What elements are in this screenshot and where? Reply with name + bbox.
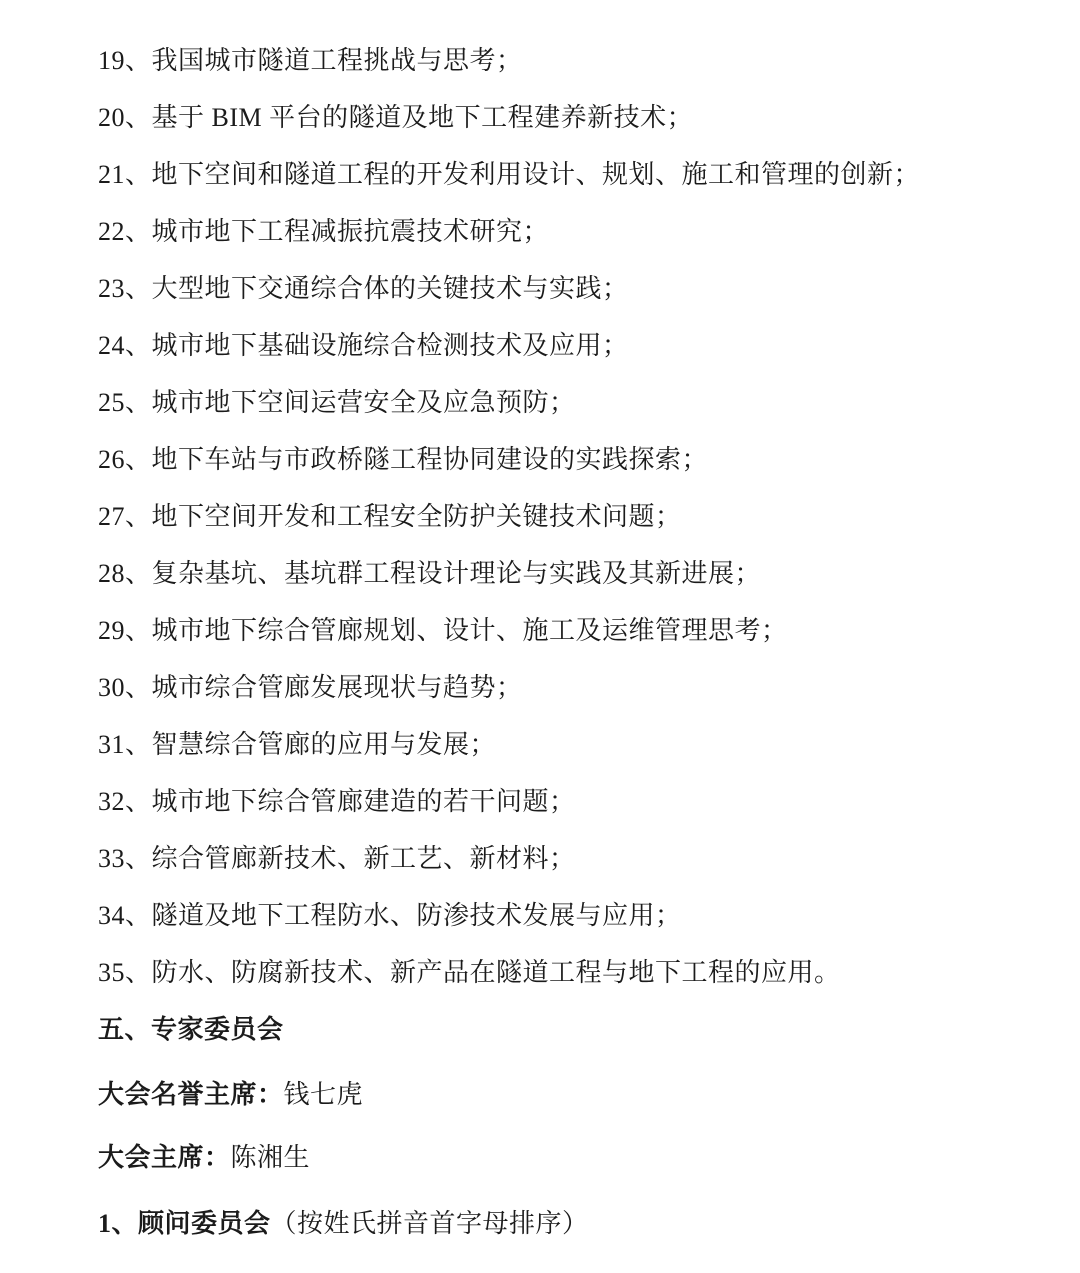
topic-item-19: 19、我国城市隧道工程挑战与思考； (98, 44, 1000, 77)
advisory-heading-line: 1、顾问委员会（按姓氏拼音首字母排序） (98, 1207, 1000, 1241)
honorary-chair-name: 钱七虎 (284, 1080, 364, 1109)
chair-name: 陈湘生 (231, 1143, 311, 1172)
topics-list: 19、我国城市隧道工程挑战与思考； 20、基于 BIM 平台的隧道及地下工程建养… (98, 44, 1000, 989)
expert-committee-heading: 五、专家委员会 (98, 1013, 1000, 1047)
expert-committee-section: 五、专家委员会 大会名誉主席：钱七虎 大会主席：陈湘生 1、顾问委员会（按姓氏拼… (98, 1013, 1000, 1241)
topic-item-31: 31、智慧综合管廊的应用与发展； (98, 728, 1000, 761)
topic-item-35: 35、防水、防腐新技术、新产品在隧道工程与地下工程的应用。 (98, 956, 1000, 989)
topic-item-27: 27、地下空间开发和工程安全防护关键技术问题； (98, 500, 1000, 533)
topic-item-23: 23、大型地下交通综合体的关键技术与实践； (98, 272, 1000, 305)
chair-label: 大会主席： (98, 1143, 231, 1172)
topic-item-21: 21、地下空间和隧道工程的开发利用设计、规划、施工和管理的创新； (98, 158, 1000, 191)
topic-item-22: 22、城市地下工程减振抗震技术研究； (98, 215, 1000, 248)
topic-item-24: 24、城市地下基础设施综合检测技术及应用； (98, 329, 1000, 362)
topic-item-32: 32、城市地下综合管廊建造的若干问题； (98, 785, 1000, 818)
topic-item-25: 25、城市地下空间运营安全及应急预防； (98, 386, 1000, 419)
topic-item-34: 34、隧道及地下工程防水、防渗技术发展与应用； (98, 899, 1000, 932)
document-page: 19、我国城市隧道工程挑战与思考； 20、基于 BIM 平台的隧道及地下工程建养… (0, 0, 1080, 1273)
topic-item-29: 29、城市地下综合管廊规划、设计、施工及运维管理思考； (98, 614, 1000, 647)
topic-item-20: 20、基于 BIM 平台的隧道及地下工程建养新技术； (98, 101, 1000, 134)
advisory-heading: 1、顾问委员会 (98, 1209, 271, 1238)
honorary-chair-line: 大会名誉主席：钱七虎 (98, 1078, 1000, 1112)
honorary-chair-label: 大会名誉主席： (98, 1080, 284, 1109)
topic-item-28: 28、复杂基坑、基坑群工程设计理论与实践及其新进展； (98, 557, 1000, 590)
topic-item-26: 26、地下车站与市政桥隧工程协同建设的实践探索； (98, 443, 1000, 476)
topic-item-30: 30、城市综合管廊发展现状与趋势； (98, 671, 1000, 704)
chair-line: 大会主席：陈湘生 (98, 1141, 1000, 1175)
advisory-note: （按姓氏拼音首字母排序） (271, 1209, 589, 1238)
topic-item-33: 33、综合管廊新技术、新工艺、新材料； (98, 842, 1000, 875)
